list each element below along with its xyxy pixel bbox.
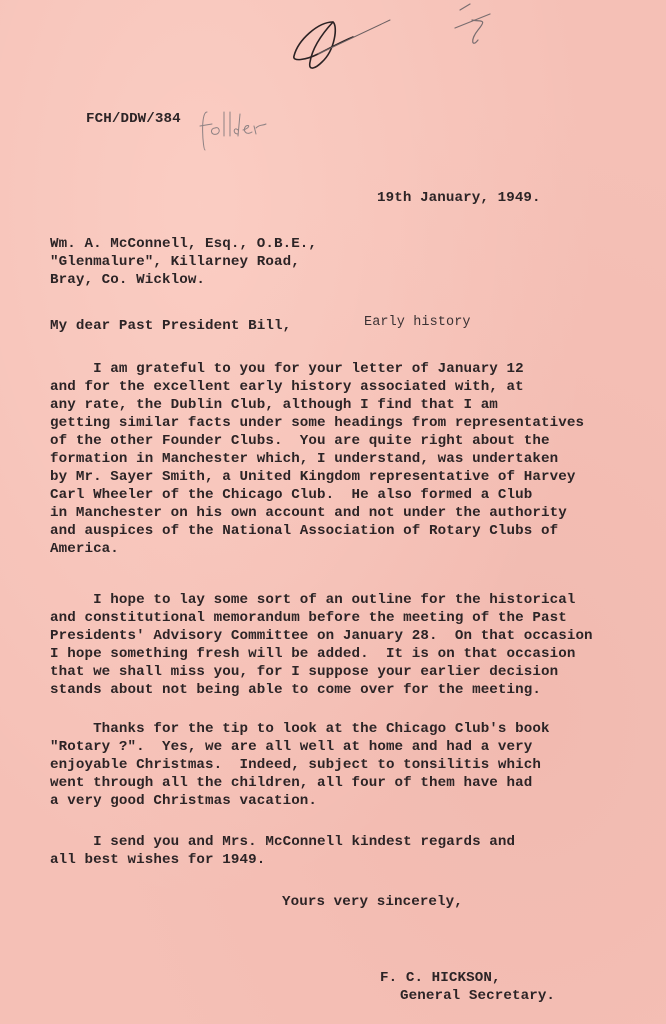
text-line: enjoyable Christmas. Indeed, subject to … — [50, 757, 541, 775]
text-line: by Mr. Sayer Smith, a United Kingdom rep… — [50, 469, 575, 487]
address-line: Bray, Co. Wicklow. — [50, 272, 205, 290]
text-line: I hope something fresh will be added. It… — [50, 646, 575, 664]
text-line: and for the excellent early history asso… — [50, 379, 524, 397]
signatory-name: F. C. HICKSON, — [380, 970, 501, 988]
address-line: "Glenmalure", Killarney Road, — [50, 254, 300, 272]
reference-number: FCH/DDW/384 — [86, 111, 181, 129]
text-line: all best wishes for 1949. — [50, 852, 265, 870]
text-line: getting similar facts under some heading… — [50, 415, 584, 433]
text-line: America. — [50, 541, 119, 559]
text-line: Carl Wheeler of the Chicago Club. He als… — [50, 487, 532, 505]
salutation: My dear Past President Bill, — [50, 318, 291, 336]
text-line: I send you and Mrs. McConnell kindest re… — [50, 834, 515, 852]
address-line: Wm. A. McConnell, Esq., O.B.E., — [50, 236, 317, 254]
closing: Yours very sincerely, — [282, 894, 463, 912]
text-line: in Manchester on his own account and not… — [50, 505, 567, 523]
folder-pencil-note — [200, 112, 266, 150]
text-line: Presidents' Advisory Committee on Januar… — [50, 628, 593, 646]
text-line: a very good Christmas vacation. — [50, 793, 317, 811]
circled-mark-icon — [294, 20, 390, 68]
text-line: of the other Founder Clubs. You are quit… — [50, 433, 550, 451]
subject-note: Early history — [364, 314, 471, 332]
text-line: that we shall miss you, for I suppose yo… — [50, 664, 558, 682]
text-line: stands about not being able to come over… — [50, 682, 541, 700]
text-line: "Rotary ?". Yes, we are all well at home… — [50, 739, 532, 757]
text-line: went through all the children, all four … — [50, 775, 532, 793]
text-line: Thanks for the tip to look at the Chicag… — [50, 721, 550, 739]
fraction-mark-icon — [455, 4, 490, 43]
text-line: formation in Manchester which, I underst… — [50, 451, 558, 469]
text-line: any rate, the Dublin Club, although I fi… — [50, 397, 498, 415]
letter-date: 19th January, 1949. — [377, 190, 541, 208]
text-line: and auspices of the National Association… — [50, 523, 558, 541]
signatory-title: General Secretary. — [400, 988, 555, 1006]
text-line: I hope to lay some sort of an outline fo… — [50, 592, 575, 610]
text-line: and constitutional memorandum before the… — [50, 610, 567, 628]
text-line: I am grateful to you for your letter of … — [50, 361, 524, 379]
